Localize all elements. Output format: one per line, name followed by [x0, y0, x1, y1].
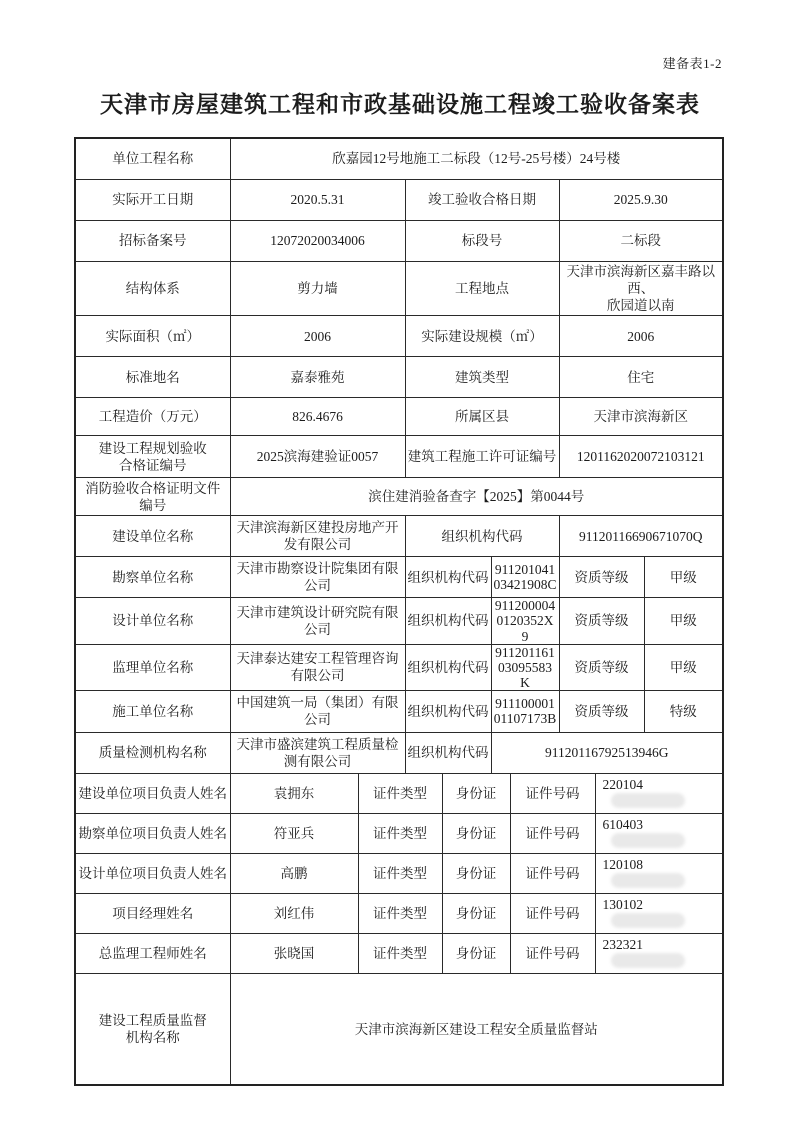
- value-id-number: 610403: [595, 813, 723, 853]
- label-cert-no: 证件号码: [510, 853, 595, 893]
- value-supervision-unit-name: 天津泰达建安工程管理咨询有限公司: [230, 644, 405, 690]
- id-number-prefix: 610403: [603, 817, 644, 832]
- table-row: 实际开工日期 2020.5.31 竣工验收合格日期 2025.9.30: [75, 179, 723, 220]
- label-building-type: 建筑类型: [405, 357, 559, 398]
- table-row: 单位工程名称 欣嘉园12号地施工二标段（12号-25号楼）24号楼: [75, 138, 723, 179]
- value-contractor-org-code: 91110000101107173B: [491, 690, 559, 732]
- table-row: 设计单位项目负责人姓名 高鹏 证件类型 身份证 证件号码 120108: [75, 853, 723, 893]
- value-survey-unit-name: 天津市勘察设计院集团有限公司: [230, 557, 405, 598]
- value-structure: 剪力墙: [230, 261, 405, 316]
- label-start-date: 实际开工日期: [75, 179, 230, 220]
- value-bid-record: 12072020034006: [230, 220, 405, 261]
- label-survey-rep: 勘察单位项目负责人姓名: [75, 813, 230, 853]
- value-project-manager-name: 刘红伟: [230, 893, 358, 933]
- label-construction-unit: 建设单位名称: [75, 516, 230, 557]
- value-scale: 2006: [559, 316, 723, 357]
- value-design-org-code: 9112000040120352X9: [491, 598, 559, 644]
- value-contractor-grade: 特级: [644, 690, 723, 732]
- table-row: 施工单位名称 中国建筑一局（集团）有限公司 组织机构代码 91110000101…: [75, 690, 723, 732]
- label-cert-no: 证件号码: [510, 773, 595, 813]
- label-survey-unit: 勘察单位名称: [75, 557, 230, 598]
- label-org-code: 组织机构代码: [405, 690, 491, 732]
- value-testing-agency-name: 天津市盛滨建筑工程质量检测有限公司: [230, 732, 405, 773]
- filing-form-table: 单位工程名称 欣嘉园12号地施工二标段（12号-25号楼）24号楼 实际开工日期…: [74, 137, 724, 1086]
- value-testing-org-code: 91120116792513946G: [491, 732, 723, 773]
- label-org-code: 组织机构代码: [405, 516, 559, 557]
- value-design-unit-name: 天津市建筑设计研究院有限公司: [230, 598, 405, 644]
- value-unit-project: 欣嘉园12号地施工二标段（12号-25号楼）24号楼: [230, 138, 723, 179]
- label-area: 实际面积（㎡）: [75, 316, 230, 357]
- label-district: 所属区县: [405, 398, 559, 436]
- value-district: 天津市滨海新区: [559, 398, 723, 436]
- table-row: 工程造价（万元） 826.4676 所属区县 天津市滨海新区: [75, 398, 723, 436]
- value-cert-type: 身份证: [442, 853, 510, 893]
- label-design-unit: 设计单位名称: [75, 598, 230, 644]
- id-number-prefix: 130102: [603, 897, 644, 912]
- redacted-id-segment: [611, 833, 685, 848]
- value-cert-type: 身份证: [442, 893, 510, 933]
- value-construction-rep-name: 袁拥东: [230, 773, 358, 813]
- value-start-date: 2020.5.31: [230, 179, 405, 220]
- table-row: 监理单位名称 天津泰达建安工程管理咨询有限公司 组织机构代码 911201161…: [75, 644, 723, 690]
- label-cert-no: 证件号码: [510, 933, 595, 973]
- value-area: 2006: [230, 316, 405, 357]
- value-id-number: 130102: [595, 893, 723, 933]
- value-supervision-org-code: 91120116103095583K: [491, 644, 559, 690]
- value-cost: 826.4676: [230, 398, 405, 436]
- value-permit: 1201162020072103121: [559, 436, 723, 478]
- value-id-number: 220104: [595, 773, 723, 813]
- id-number-prefix: 120108: [603, 857, 644, 872]
- label-cert-type: 证件类型: [358, 773, 442, 813]
- label-unit-project: 单位工程名称: [75, 138, 230, 179]
- value-quality-agency: 天津市滨海新区建设工程安全质量监督站: [230, 973, 723, 1085]
- value-place-name: 嘉泰雅苑: [230, 357, 405, 398]
- label-bid-record: 招标备案号: [75, 220, 230, 261]
- redacted-id-segment: [611, 793, 685, 808]
- label-testing-agency: 质量检测机构名称: [75, 732, 230, 773]
- label-planning-cert: 建设工程规划验收 合格证编号: [75, 436, 230, 478]
- label-acceptance-date: 竣工验收合格日期: [405, 179, 559, 220]
- table-row: 勘察单位名称 天津市勘察设计院集团有限公司 组织机构代码 91120104103…: [75, 557, 723, 598]
- value-id-number: 120108: [595, 853, 723, 893]
- label-bid-section: 标段号: [405, 220, 559, 261]
- label-qualification: 资质等级: [559, 557, 644, 598]
- label-place-name: 标准地名: [75, 357, 230, 398]
- form-code: 建备表1-2: [663, 53, 722, 72]
- page-title: 天津市房屋建筑工程和市政基础设施工程竣工验收备案表: [0, 86, 800, 119]
- label-contractor-unit: 施工单位名称: [75, 690, 230, 732]
- value-contractor-unit-name: 中国建筑一局（集团）有限公司: [230, 690, 405, 732]
- label-permit: 建筑工程施工许可证编号: [405, 436, 559, 478]
- label-chief-supervisor: 总监理工程师姓名: [75, 933, 230, 973]
- table-row: 消防验收合格证明文件 编号 滨住建消验备查字【2025】第0044号: [75, 478, 723, 516]
- table-row: 实际面积（㎡） 2006 实际建设规模（㎡） 2006: [75, 316, 723, 357]
- label-qualification: 资质等级: [559, 598, 644, 644]
- value-cert-type: 身份证: [442, 933, 510, 973]
- table-row: 设计单位名称 天津市建筑设计研究院有限公司 组织机构代码 91120000401…: [75, 598, 723, 644]
- table-row: 建设工程规划验收 合格证编号 2025滨海建验证0057 建筑工程施工许可证编号…: [75, 436, 723, 478]
- redacted-id-segment: [611, 913, 685, 928]
- table-row: 建设工程质量监督 机构名称 天津市滨海新区建设工程安全质量监督站: [75, 973, 723, 1085]
- label-cert-type: 证件类型: [358, 853, 442, 893]
- table-row: 结构体系 剪力墙 工程地点 天津市滨海新区嘉丰路以西、 欣园道以南: [75, 261, 723, 316]
- id-number-prefix: 232321: [603, 937, 644, 952]
- value-design-grade: 甲级: [644, 598, 723, 644]
- table-row: 项目经理姓名 刘红伟 证件类型 身份证 证件号码 130102: [75, 893, 723, 933]
- value-construction-org-code: 91120116690671070Q: [559, 516, 723, 557]
- redacted-id-segment: [611, 953, 685, 968]
- label-org-code: 组织机构代码: [405, 557, 491, 598]
- value-acceptance-date: 2025.9.30: [559, 179, 723, 220]
- label-org-code: 组织机构代码: [405, 644, 491, 690]
- table-row: 建设单位项目负责人姓名 袁拥东 证件类型 身份证 证件号码 220104: [75, 773, 723, 813]
- label-cert-type: 证件类型: [358, 933, 442, 973]
- table-row: 建设单位名称 天津滨海新区建投房地产开发有限公司 组织机构代码 91120116…: [75, 516, 723, 557]
- value-bid-section: 二标段: [559, 220, 723, 261]
- label-project-manager: 项目经理姓名: [75, 893, 230, 933]
- table-row: 勘察单位项目负责人姓名 符亚兵 证件类型 身份证 证件号码 610403: [75, 813, 723, 853]
- label-design-rep: 设计单位项目负责人姓名: [75, 853, 230, 893]
- label-qualification: 资质等级: [559, 644, 644, 690]
- label-quality-agency: 建设工程质量监督 机构名称: [75, 973, 230, 1085]
- value-construction-unit-name: 天津滨海新区建投房地产开发有限公司: [230, 516, 405, 557]
- table-row: 质量检测机构名称 天津市盛滨建筑工程质量检测有限公司 组织机构代码 911201…: [75, 732, 723, 773]
- value-chief-supervisor-name: 张晓国: [230, 933, 358, 973]
- label-cert-no: 证件号码: [510, 813, 595, 853]
- label-construction-rep: 建设单位项目负责人姓名: [75, 773, 230, 813]
- label-structure: 结构体系: [75, 261, 230, 316]
- table-row: 总监理工程师姓名 张晓国 证件类型 身份证 证件号码 232321: [75, 933, 723, 973]
- value-fire-cert: 滨住建消验备查字【2025】第0044号: [230, 478, 723, 516]
- label-org-code: 组织机构代码: [405, 598, 491, 644]
- value-cert-type: 身份证: [442, 773, 510, 813]
- value-cert-type: 身份证: [442, 813, 510, 853]
- label-cost: 工程造价（万元）: [75, 398, 230, 436]
- id-number-prefix: 220104: [603, 777, 644, 792]
- label-cert-type: 证件类型: [358, 813, 442, 853]
- value-location: 天津市滨海新区嘉丰路以西、 欣园道以南: [559, 261, 723, 316]
- value-design-rep-name: 高鹏: [230, 853, 358, 893]
- label-scale: 实际建设规模（㎡）: [405, 316, 559, 357]
- label-cert-no: 证件号码: [510, 893, 595, 933]
- value-planning-cert: 2025滨海建验证0057: [230, 436, 405, 478]
- value-id-number: 232321: [595, 933, 723, 973]
- label-fire-cert: 消防验收合格证明文件 编号: [75, 478, 230, 516]
- value-survey-grade: 甲级: [644, 557, 723, 598]
- value-supervision-grade: 甲级: [644, 644, 723, 690]
- value-building-type: 住宅: [559, 357, 723, 398]
- label-qualification: 资质等级: [559, 690, 644, 732]
- label-location: 工程地点: [405, 261, 559, 316]
- value-survey-rep-name: 符亚兵: [230, 813, 358, 853]
- table-row: 标准地名 嘉泰雅苑 建筑类型 住宅: [75, 357, 723, 398]
- value-survey-org-code: 91120104103421908C: [491, 557, 559, 598]
- scanned-form-page: 建备表1-2 天津市房屋建筑工程和市政基础设施工程竣工验收备案表 单位工程名称 …: [0, 0, 800, 1131]
- table-row: 招标备案号 12072020034006 标段号 二标段: [75, 220, 723, 261]
- label-cert-type: 证件类型: [358, 893, 442, 933]
- label-org-code: 组织机构代码: [405, 732, 491, 773]
- redacted-id-segment: [611, 873, 685, 888]
- label-supervision-unit: 监理单位名称: [75, 644, 230, 690]
